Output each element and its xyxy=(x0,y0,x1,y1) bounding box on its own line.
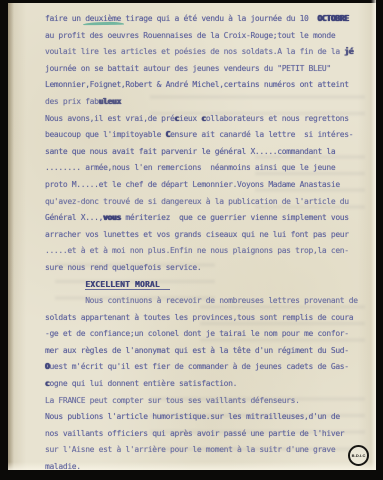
text-line: mer aux règles de l'anonymat qui est à l… xyxy=(45,343,365,360)
text-line: Lemonnier,Foignet,Robert & André Michel,… xyxy=(45,77,365,94)
text-line: au profit des oeuvres Rouennaises de la … xyxy=(45,28,365,45)
text-line: cogne qui lui donnent entière satisfacti… xyxy=(45,376,365,393)
text-line: voulait lire les articles et poésies de … xyxy=(45,44,365,61)
text-line: Ouest m'écrit qu'il est fier de commande… xyxy=(45,359,365,376)
text-line: proto M.....et le chef de départ Lemonni… xyxy=(45,177,365,194)
text-line: qu'avez-donc trouvé de si dangereux à la… xyxy=(45,194,365,211)
overstruck-text: OCTOBRE xyxy=(317,14,348,23)
text-line: beaucoup que l'impitoyable Censure ait c… xyxy=(45,127,365,144)
document-lines: faire un deuxième tirage qui a été vendu… xyxy=(45,11,365,476)
text-line: ........ armée,nous l'en remercions néan… xyxy=(45,160,365,177)
overstruck-text: uleux xyxy=(99,97,121,106)
text-line: arracher vos lunettes et vos grands cise… xyxy=(45,227,365,244)
text-line: journée on se battait autour des jeunes … xyxy=(45,61,365,78)
text-line: sure nous rend quelquefois service. xyxy=(45,260,365,277)
crayon-underlined-word: deuxième xyxy=(85,14,121,23)
text-line: Nous publions l'article humoristique.sur… xyxy=(45,409,365,426)
page-edge-right xyxy=(371,0,376,470)
text-line: des prix fabuleux xyxy=(45,94,365,111)
text-line: nos vaillants officiers qui après avoir … xyxy=(45,426,365,443)
text-line: Général X...,vous mériteriez que ce guer… xyxy=(45,210,365,227)
text-line: sur l'Aisne est à l'arrière pour le mome… xyxy=(45,442,365,459)
overstruck-text: vous xyxy=(103,213,121,222)
text-line: La FRANCE peut compter sur tous ses vail… xyxy=(45,393,365,410)
text-line: maladie. xyxy=(45,459,365,476)
text-line: Nous continuons à recevoir de nombreuses… xyxy=(45,293,365,310)
text-line: Nous avons,il est vrai,de précieux colla… xyxy=(45,111,365,128)
text-line: -ge et de confiance;un colonel dont je t… xyxy=(45,326,365,343)
bdic-library-stamp: B.D.I.C xyxy=(348,445,369,466)
section-heading: EXCELLENT MORAL xyxy=(45,277,365,294)
overstruck-text: jé xyxy=(344,47,353,56)
text-line: faire un deuxième tirage qui a été vendu… xyxy=(45,11,365,28)
page-spine-shadow xyxy=(8,3,14,470)
text-line: sante que nous avait fait parvenir le gé… xyxy=(45,144,365,161)
text-line: soldats appartenant à toutes les provinc… xyxy=(45,310,365,327)
stamp-label: B.D.I.C xyxy=(352,453,366,458)
text-line: .....et à et à moi non plus.Enfin ne nou… xyxy=(45,243,365,260)
